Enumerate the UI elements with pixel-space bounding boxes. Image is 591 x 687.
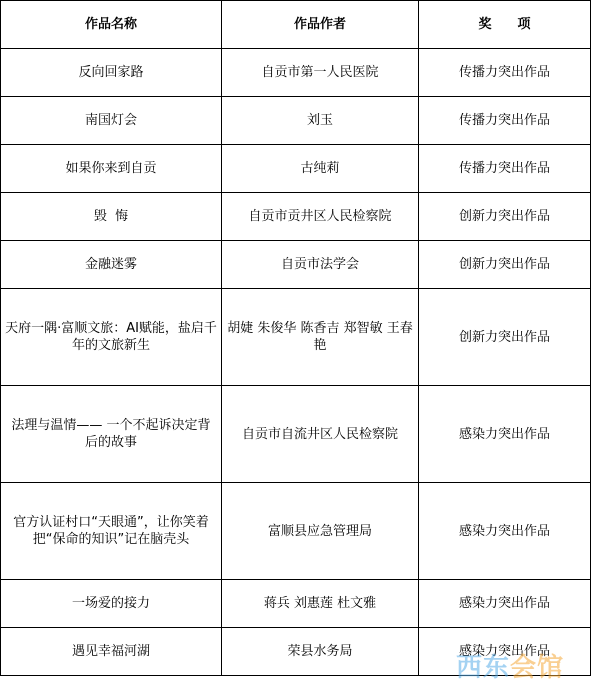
table-row: 如果你来到自贡 古纯莉 传播力突出作品 — [1, 145, 591, 193]
work-author-cell: 胡婕 朱俊华 陈香吉 郑智敏 王春艳 — [222, 289, 419, 386]
table-row: 一场爱的接力 蒋兵 刘惠莲 杜文雅 感染力突出作品 — [1, 580, 591, 628]
award-cell: 创新力突出作品 — [419, 193, 591, 241]
header-award: 奖 项 — [419, 1, 591, 49]
table-row: 南国灯会 刘玉 传播力突出作品 — [1, 97, 591, 145]
award-cell: 创新力突出作品 — [419, 241, 591, 289]
work-author-cell: 古纯莉 — [222, 145, 419, 193]
award-cell: 传播力突出作品 — [419, 49, 591, 97]
work-title-cell: 法理与温情—— 一个不起诉决定背后的故事 — [1, 386, 222, 483]
awards-table: 作品名称 作品作者 奖 项 反向回家路 自贡市第一人民医院 传播力突出作品 南国… — [0, 0, 591, 676]
work-author-cell: 蒋兵 刘惠莲 杜文雅 — [222, 580, 419, 628]
work-title-cell: 官方认证村口“天眼通”，让你笑着把“保命的知识”记在脑壳头 — [1, 483, 222, 580]
award-cell: 感染力突出作品 — [419, 386, 591, 483]
work-title-cell: 天府一隅·富顺文旅：AI赋能，盐启千年的文旅新生 — [1, 289, 222, 386]
work-title-cell: 金融迷雾 — [1, 241, 222, 289]
header-work-author: 作品作者 — [222, 1, 419, 49]
work-title-cell: 毁 悔 — [1, 193, 222, 241]
award-cell: 感染力突出作品 — [419, 628, 591, 676]
table-row: 反向回家路 自贡市第一人民医院 传播力突出作品 — [1, 49, 591, 97]
work-author-cell: 自贡市第一人民医院 — [222, 49, 419, 97]
award-cell: 感染力突出作品 — [419, 483, 591, 580]
award-cell: 传播力突出作品 — [419, 145, 591, 193]
work-title-cell: 南国灯会 — [1, 97, 222, 145]
work-title-cell: 一场爱的接力 — [1, 580, 222, 628]
table-row: 毁 悔 自贡市贡井区人民检察院 创新力突出作品 — [1, 193, 591, 241]
work-author-cell: 自贡市法学会 — [222, 241, 419, 289]
work-author-cell: 富顺县应急管理局 — [222, 483, 419, 580]
header-award-label: 奖 项 — [478, 17, 530, 32]
table-row: 金融迷雾 自贡市法学会 创新力突出作品 — [1, 241, 591, 289]
table-header-row: 作品名称 作品作者 奖 项 — [1, 1, 591, 49]
award-cell: 传播力突出作品 — [419, 97, 591, 145]
work-title-cell: 遇见幸福河湖 — [1, 628, 222, 676]
table-row: 遇见幸福河湖 荣县水务局 感染力突出作品 — [1, 628, 591, 676]
work-author-cell: 自贡市自流井区人民检察院 — [222, 386, 419, 483]
award-cell: 感染力突出作品 — [419, 580, 591, 628]
work-author-cell: 自贡市贡井区人民检察院 — [222, 193, 419, 241]
table-row: 官方认证村口“天眼通”，让你笑着把“保命的知识”记在脑壳头 富顺县应急管理局 感… — [1, 483, 591, 580]
header-work-title: 作品名称 — [1, 1, 222, 49]
work-author-cell: 刘玉 — [222, 97, 419, 145]
table-row: 天府一隅·富顺文旅：AI赋能，盐启千年的文旅新生 胡婕 朱俊华 陈香吉 郑智敏 … — [1, 289, 591, 386]
work-title-cell: 如果你来到自贡 — [1, 145, 222, 193]
award-cell: 创新力突出作品 — [419, 289, 591, 386]
work-author-cell: 荣县水务局 — [222, 628, 419, 676]
table-row: 法理与温情—— 一个不起诉决定背后的故事 自贡市自流井区人民检察院 感染力突出作… — [1, 386, 591, 483]
work-title-cell: 反向回家路 — [1, 49, 222, 97]
